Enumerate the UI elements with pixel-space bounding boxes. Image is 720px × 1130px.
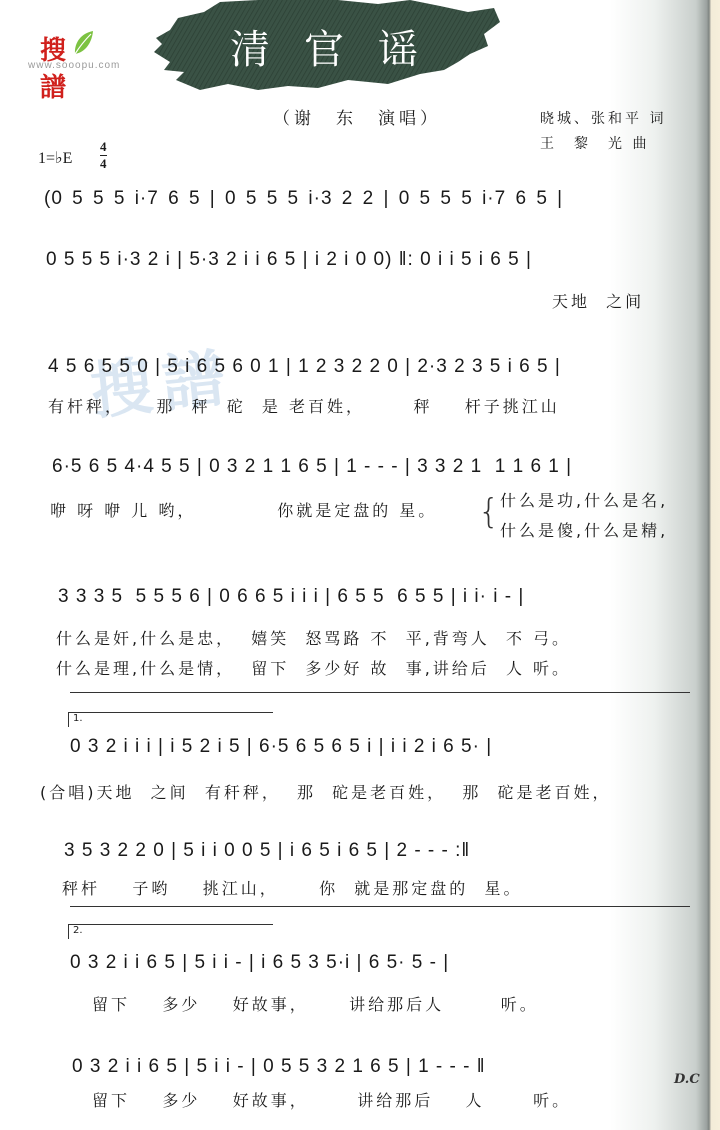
notation-line: 0 3 2 i i 6 5 | 5 i i - | i 6 5 3 5·i | … — [70, 952, 449, 974]
time-signature-top: 4 — [100, 139, 107, 154]
divider-line — [70, 692, 690, 693]
lyric-line-verse-2: 什么是理,什么是情， 留下 多少好 故 事,讲给后 人 听。 — [56, 656, 571, 679]
notation-line: (0 5 5 5 i·7 6 5 | 0 5 5 5 i·3 2 2 | 0 5… — [44, 188, 563, 210]
lyric-line-verse-1: 什么是奸,什么是忠， 嬉笑 怒骂路 不 平,背弯人 不 弓。 — [56, 626, 571, 649]
key-signature: 1=♭E — [38, 148, 72, 168]
lyric-line: (合唱)天地 之间 有秆秤， 那 砣是老百姓， 那 砣是老百姓， — [40, 780, 612, 803]
lyricist-credit: 晓城、张和平 词 — [540, 108, 666, 128]
logo-url: www.sooopu.com — [28, 60, 120, 71]
lyric-line: 天地 之间 — [552, 289, 644, 312]
leaf-icon — [72, 30, 94, 56]
divider-line — [70, 906, 690, 907]
lyric-line: 有杆秤， 那 秤 砣 是 老百姓， 秤 杆子挑江山 — [48, 394, 560, 417]
lyric-line: 留下 多少 好故事， 讲给那后 人 听。 — [92, 1088, 571, 1111]
notation-line: 0 3 2 i i i | i 5 2 i 5 | 6·5 6 5 6 5 i … — [70, 736, 492, 758]
song-title: 清官谣 — [230, 18, 452, 75]
notation-line: 3 5 3 2 2 0 | 5 i i 0 0 5 | i 6 5 i 6 5 … — [64, 840, 470, 862]
notation-line: 4 5 6 5 5 0 | 5 i 6 5 6 0 1 | 1 2 3 2 2 … — [48, 356, 561, 378]
verse-brace: { — [478, 492, 500, 532]
lyric-line-verse-1: 什么是功,什么是名, — [500, 488, 668, 511]
lyric-line: 秤杆 子哟 挑江山， 你 就是那定盘的 星。 — [62, 876, 522, 899]
notation-line: 6·5 6 5 4·4 5 5 | 0 3 2 1 1 6 5 | 1 - - … — [52, 456, 572, 478]
lyric-line: 咿 呀 咿 儿 哟， 你就是定盘的 星。 — [50, 498, 437, 521]
page-binding-shadow — [610, 0, 720, 1130]
notation-line: 0 5 5 5 i·3 2 i | 5·3 2 i i 6 5 | i 2 i … — [46, 249, 532, 271]
composer-credit: 王 黎 光 曲 — [540, 133, 649, 153]
notation-line: 0 3 2 i i 6 5 | 5 i i - | 0 5 5 3 2 1 6 … — [72, 1056, 486, 1078]
lyric-line: 留下 多少 好故事， 讲给那后人 听。 — [92, 992, 539, 1015]
performer-credit: （谢 东 演唱） — [273, 104, 441, 129]
time-signature-bottom: 4 — [100, 156, 107, 171]
notation-line: 3 3 3 5 5 5 5 6 | 0 6 6 5 i i i | 6 5 5 … — [58, 586, 524, 608]
lyric-line-verse-2: 什么是傻,什么是精, — [500, 518, 668, 541]
volta-2: 2. — [68, 924, 273, 939]
site-logo: 搜譜 www.sooopu.com — [28, 28, 148, 68]
time-signature: 4 4 — [100, 140, 107, 171]
da-capo-mark: D.C — [674, 1072, 700, 1087]
volta-1: 1. — [68, 712, 273, 727]
